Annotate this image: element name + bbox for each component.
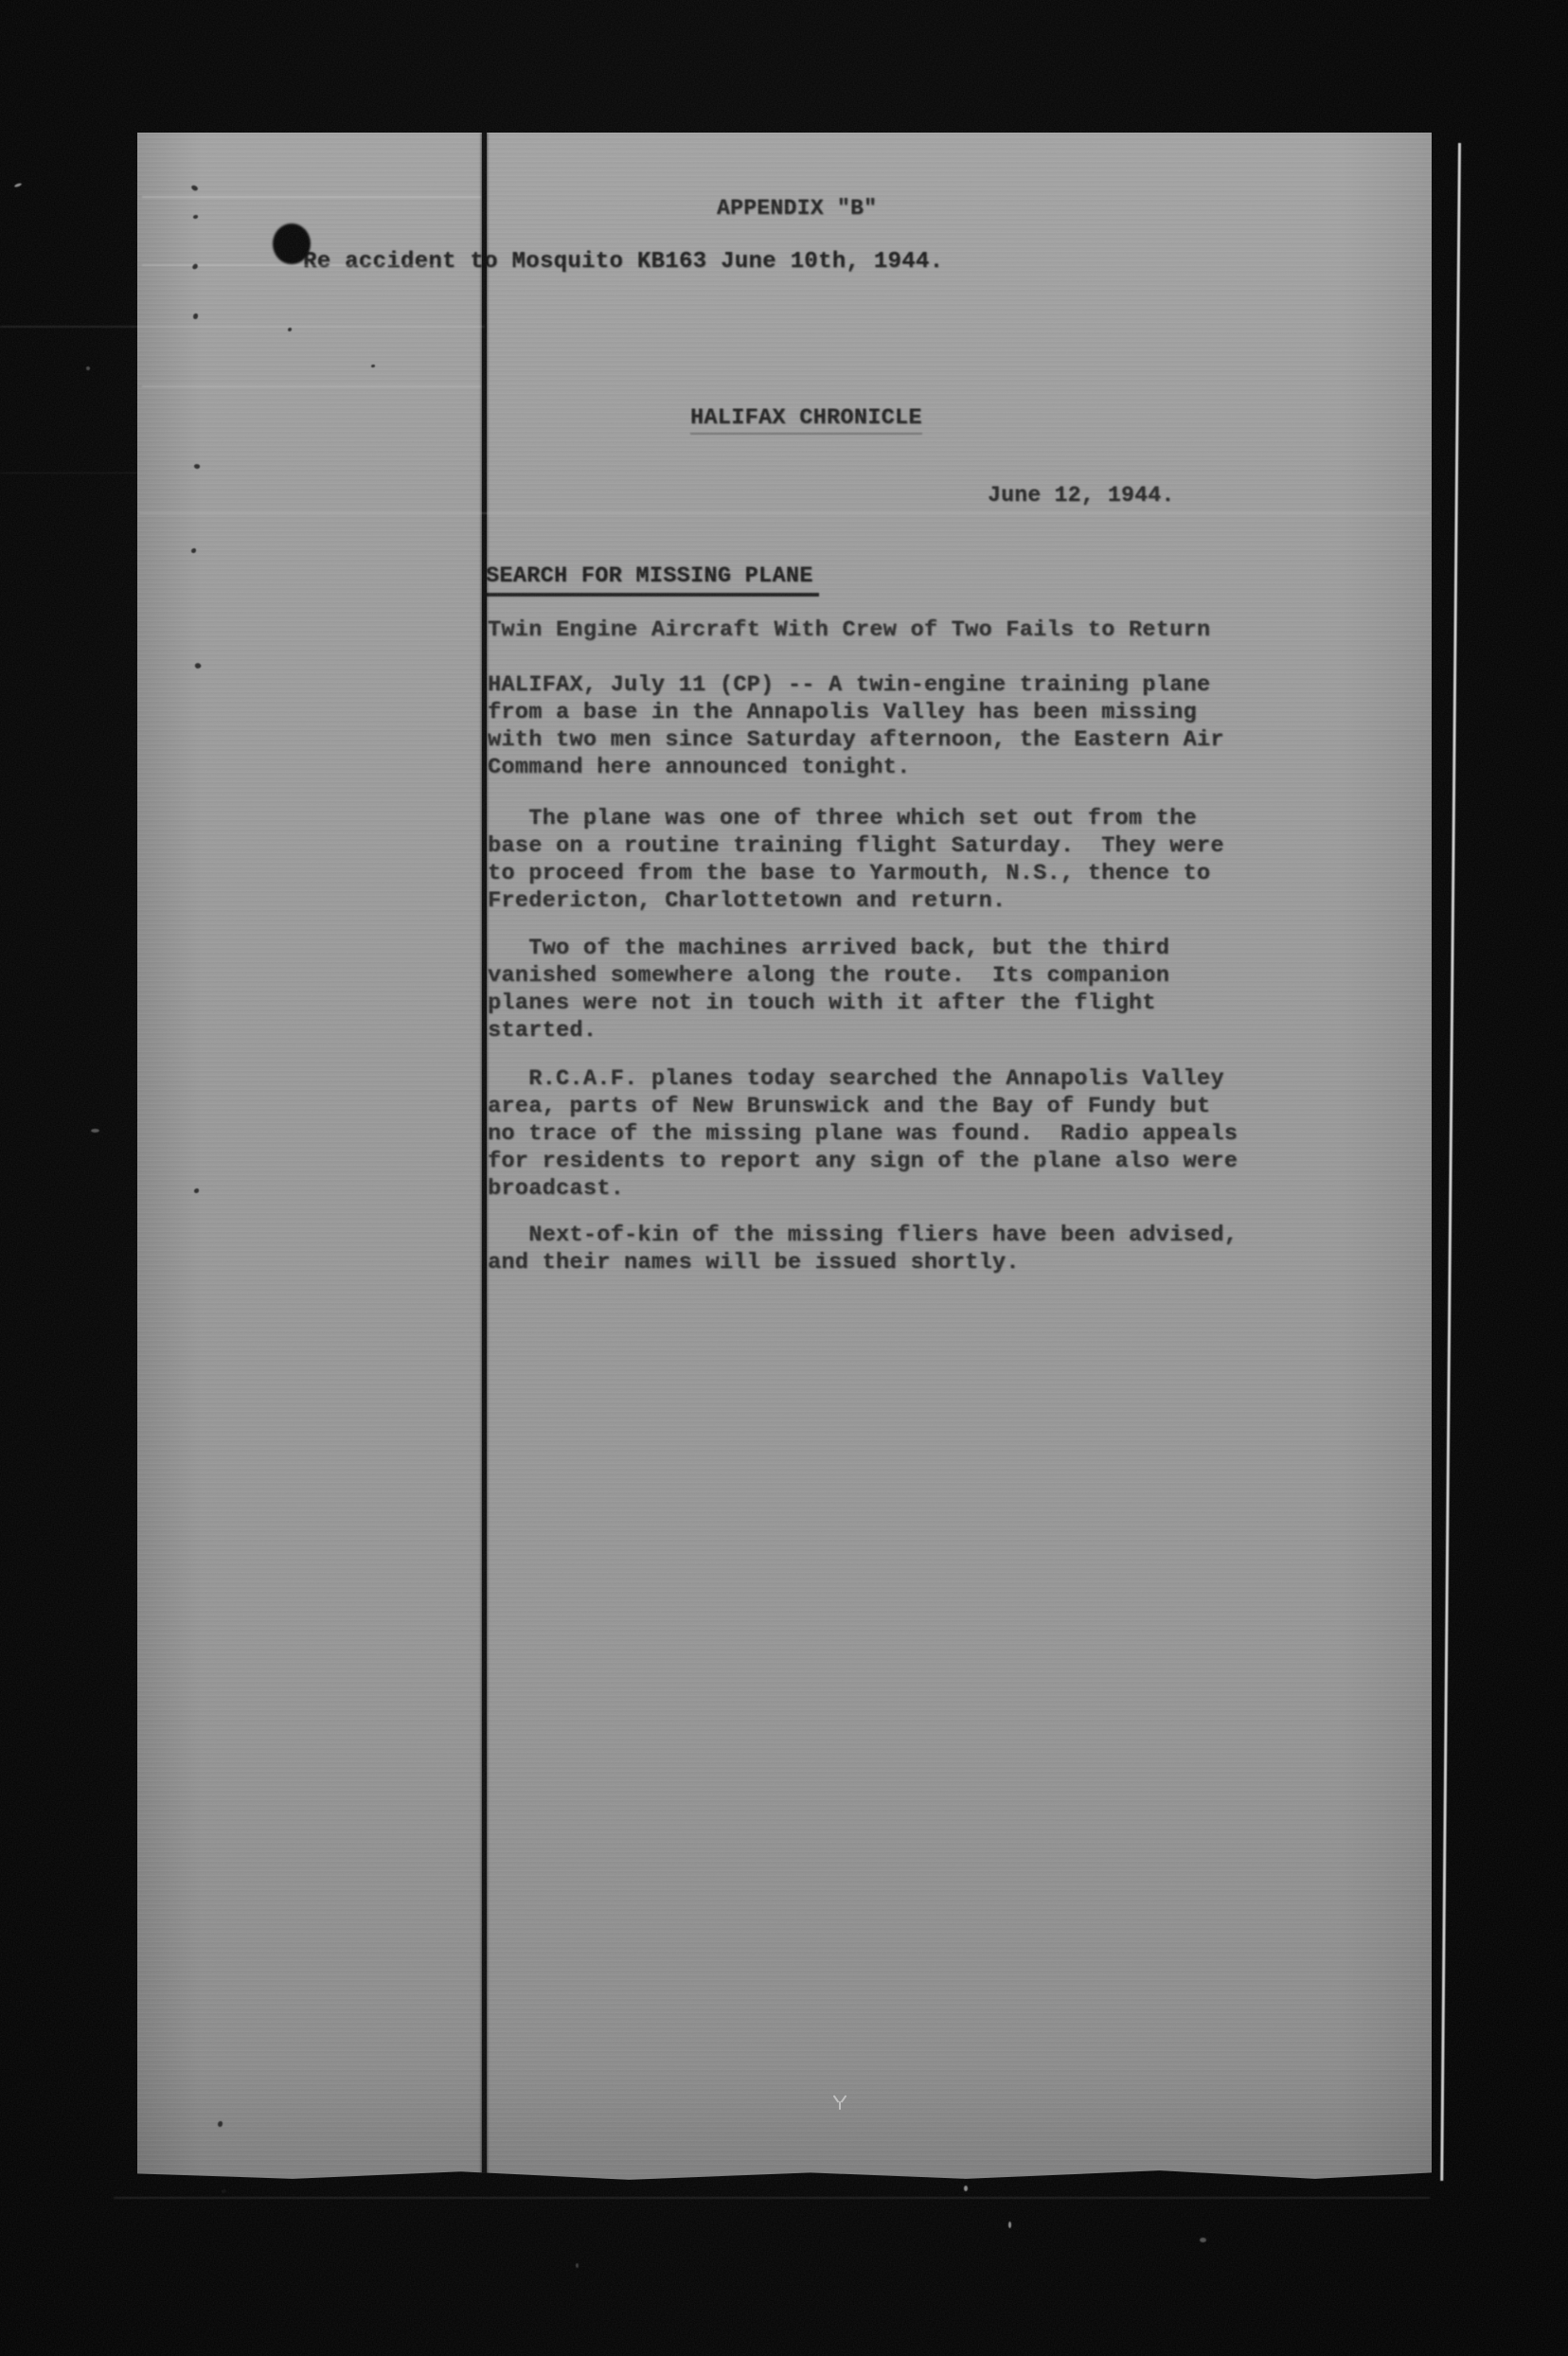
film-speck	[91, 1129, 99, 1133]
article-paragraph-3: Two of the machines arrived back, but th…	[488, 935, 1169, 1044]
article-headline: SEARCH FOR MISSING PLANE	[484, 562, 819, 597]
article-paragraph-4: R.C.A.F. planes today searched the Annap…	[488, 1065, 1238, 1203]
date-line: June 12, 1944.	[988, 482, 1174, 509]
article-paragraph-5: Next-of-kin of the missing fliers have b…	[488, 1222, 1238, 1276]
punch-hole	[273, 223, 311, 264]
subject-line: Re accident to Mosquito KB163 June 10th,…	[303, 248, 943, 276]
scan-streak	[114, 2197, 1430, 2199]
film-speck	[964, 2186, 968, 2191]
film-speck	[14, 183, 23, 188]
film-speck	[1200, 2238, 1206, 2242]
appendix-title: APPENDIX "B"	[717, 195, 877, 223]
scanned-page-canvas: APPENDIX "B" Re accident to Mosquito KB1…	[0, 0, 1568, 2356]
scratch-mark	[833, 2095, 846, 2110]
article-subheadline: Twin Engine Aircraft With Crew of Two Fa…	[488, 616, 1210, 644]
film-speck	[576, 2263, 579, 2268]
scan-streak	[0, 473, 137, 473]
article-paragraph-1: HALIFAX, July 11 (CP) -- A twin-engine t…	[488, 671, 1224, 781]
article-paragraph-2: The plane was one of three which set out…	[488, 805, 1224, 915]
film-speck	[86, 366, 90, 370]
film-scratch-line	[1440, 143, 1461, 2181]
paper-sheet: APPENDIX "B" Re accident to Mosquito KB1…	[137, 133, 1432, 2181]
film-speck	[1008, 2222, 1011, 2228]
paper-speck	[222, 2189, 226, 2193]
fold-line	[482, 133, 487, 2181]
source-name-title: HALIFAX CHRONICLE	[690, 404, 922, 435]
